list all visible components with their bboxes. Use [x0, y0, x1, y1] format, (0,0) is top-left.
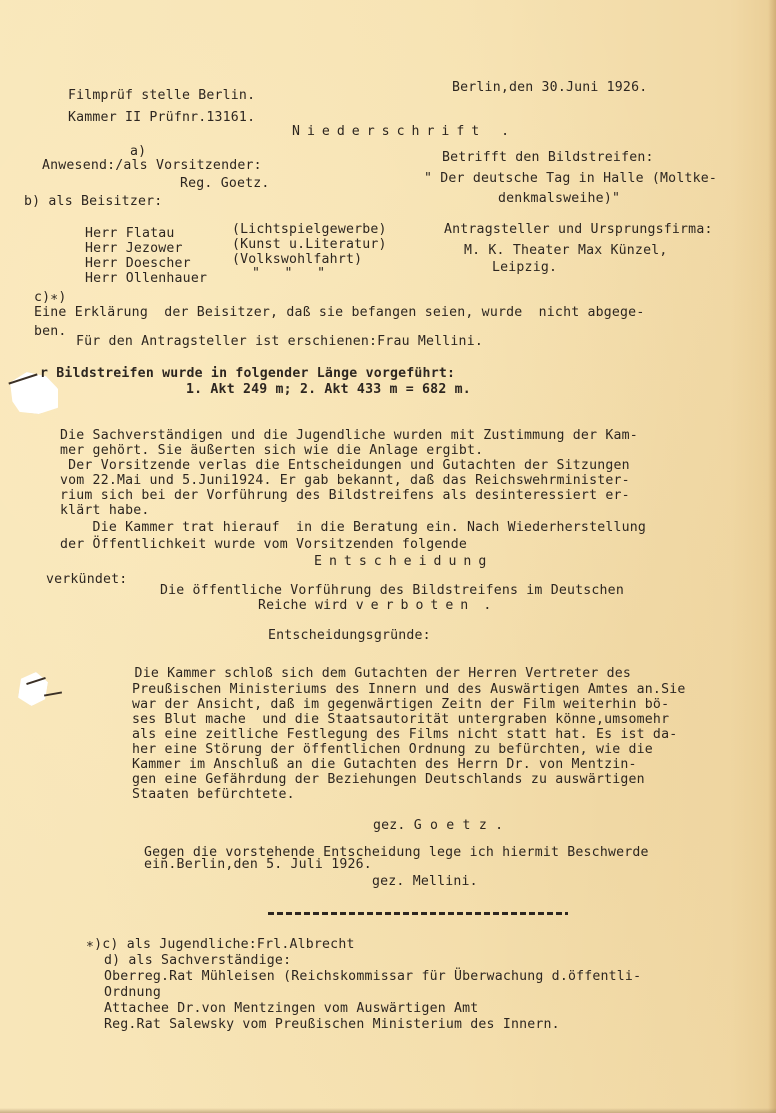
reasons-line: war der Ansicht, daß im gegenwärtigen Ze… — [132, 697, 669, 713]
chamber-number: Kammer II Prüfnr.13161. — [68, 110, 255, 126]
assessor-role: (Lichtspielgewerbe) — [232, 222, 387, 238]
assessor-name: Herr Doescher — [85, 256, 191, 272]
declaration-line2: ben. — [34, 324, 67, 340]
footnote-line: Ordnung — [104, 985, 161, 1001]
paper-bottom-edge — [0, 1108, 776, 1113]
office-name: Filmprüf stelle Berlin. — [68, 88, 255, 104]
reasons-heading: Entscheidungsgründe: — [268, 628, 431, 644]
document-title: Niederschrift . — [292, 124, 516, 140]
reasons-line: Die Kammer schloß sich dem Gutachten der… — [102, 666, 631, 682]
assessors-label: b) als Beisitzer: — [24, 194, 162, 210]
film-title-line2: denkmalsweihe)" — [498, 191, 620, 207]
paragraph-line: Die Kammer trat hierauf in die Beratung … — [60, 520, 646, 536]
footnote-line: Attachee Dr.von Mentzingen vom Auswärtig… — [104, 1001, 478, 1017]
paragraph-line: mer gehört. Sie äußerten sich wie die An… — [60, 443, 483, 459]
reasons-line: ses Blut mache und die Staatsautorität u… — [132, 712, 669, 728]
assessor-name: Herr Jezower — [85, 241, 183, 257]
screening-line2: 1. Akt 249 m; 2. Akt 433 m = 682 m. — [186, 382, 471, 398]
applicant-line1: M. K. Theater Max Künzel, — [464, 243, 668, 259]
paragraph-line: klärt habe. — [60, 503, 150, 519]
document-page: Filmprüf stelle Berlin. Kammer II Prüfnr… — [0, 0, 776, 1113]
footnote-line: Reg.Rat Salewsky vom Preußischen Ministe… — [104, 1017, 560, 1033]
assessor-role: (Kunst u.Literatur) — [232, 237, 387, 253]
announced-label: verkündet: — [46, 572, 127, 588]
assessor-name: Herr Ollenhauer — [85, 271, 207, 287]
paper-edge-shadow — [768, 0, 776, 1113]
assessor-name: Herr Flatau — [85, 226, 175, 242]
paragraph-line: Der Vorsitzende verlas die Entscheidunge… — [60, 458, 630, 474]
assessor-role: " " " — [252, 266, 325, 282]
present-label: Anwesend:/als Vorsitzender: — [42, 158, 262, 174]
screening-line1: r Bildstreifen wurde in folgender Länge … — [40, 366, 455, 382]
decision-heading: Entscheidung — [314, 554, 493, 570]
reasons-line: Kammer im Anschluß an die Gutachten des … — [132, 757, 637, 773]
reasons-line: als eine zeitliche Festlegung des Films … — [132, 727, 677, 743]
paragraph-line: der Öffentlichkeit wurde vom Vorsitzende… — [60, 537, 467, 553]
reasons-line: Staaten befürchtete. — [132, 787, 295, 803]
separator-rule — [268, 912, 568, 915]
chair-name: Reg. Goetz. — [180, 176, 270, 192]
verdict-word: verboten — [356, 598, 476, 613]
footnote-line: d) als Sachverständige: — [104, 953, 291, 969]
appeared-line: Für den Antragsteller ist erschienen:Fra… — [76, 334, 483, 350]
chair-signature: gez. G o e t z . — [373, 818, 503, 834]
subject-label: Betrifft den Bildstreifen: — [442, 150, 654, 166]
footnote-line: Oberreg.Rat Mühleisen (Reichskommissar f… — [104, 969, 641, 985]
footnote-line: ∗)c) als Jugendliche:Frl.Albrecht — [86, 937, 355, 953]
reasons-line: gen eine Gefährdung der Beziehungen Deut… — [132, 772, 645, 788]
applicant-label: Antragsteller und Ursprungsfirma: — [444, 222, 713, 238]
verdict-line1: Die öffentliche Vorführung des Bildstrei… — [160, 583, 624, 599]
reasons-line: her eine Störung der öffentlichen Ordnun… — [132, 742, 653, 758]
place-date: Berlin,den 30.Juni 1926. — [452, 80, 647, 96]
applicant-signature: gez. Mellini. — [372, 874, 478, 890]
paragraph-line: vom 22.Mai und 5.Juni1924. Er gab bekann… — [60, 473, 630, 489]
verdict-suffix: . — [475, 598, 491, 613]
item-c-marker: c)∗) — [34, 290, 67, 306]
paragraph-line: Die Sachverständigen und die Jugendliche… — [60, 428, 638, 444]
appeal-line2: ein.Berlin,den 5. Juli 1926. — [144, 857, 372, 873]
verdict-prefix: Reiche wird — [258, 598, 356, 613]
applicant-line2: Leipzig. — [492, 260, 557, 276]
paragraph-line: rium sich bei der Vorführung des Bildstr… — [60, 488, 630, 504]
tear-mark — [44, 691, 62, 696]
film-title-line1: " Der deutsche Tag in Halle (Moltke- — [424, 171, 717, 187]
declaration-line1: Eine Erklärung der Beisitzer, daß sie be… — [34, 305, 644, 321]
verdict-line2: Reiche wird verboten . — [258, 598, 492, 614]
reasons-line: Preußischen Ministeriums des Innern und … — [132, 682, 686, 698]
